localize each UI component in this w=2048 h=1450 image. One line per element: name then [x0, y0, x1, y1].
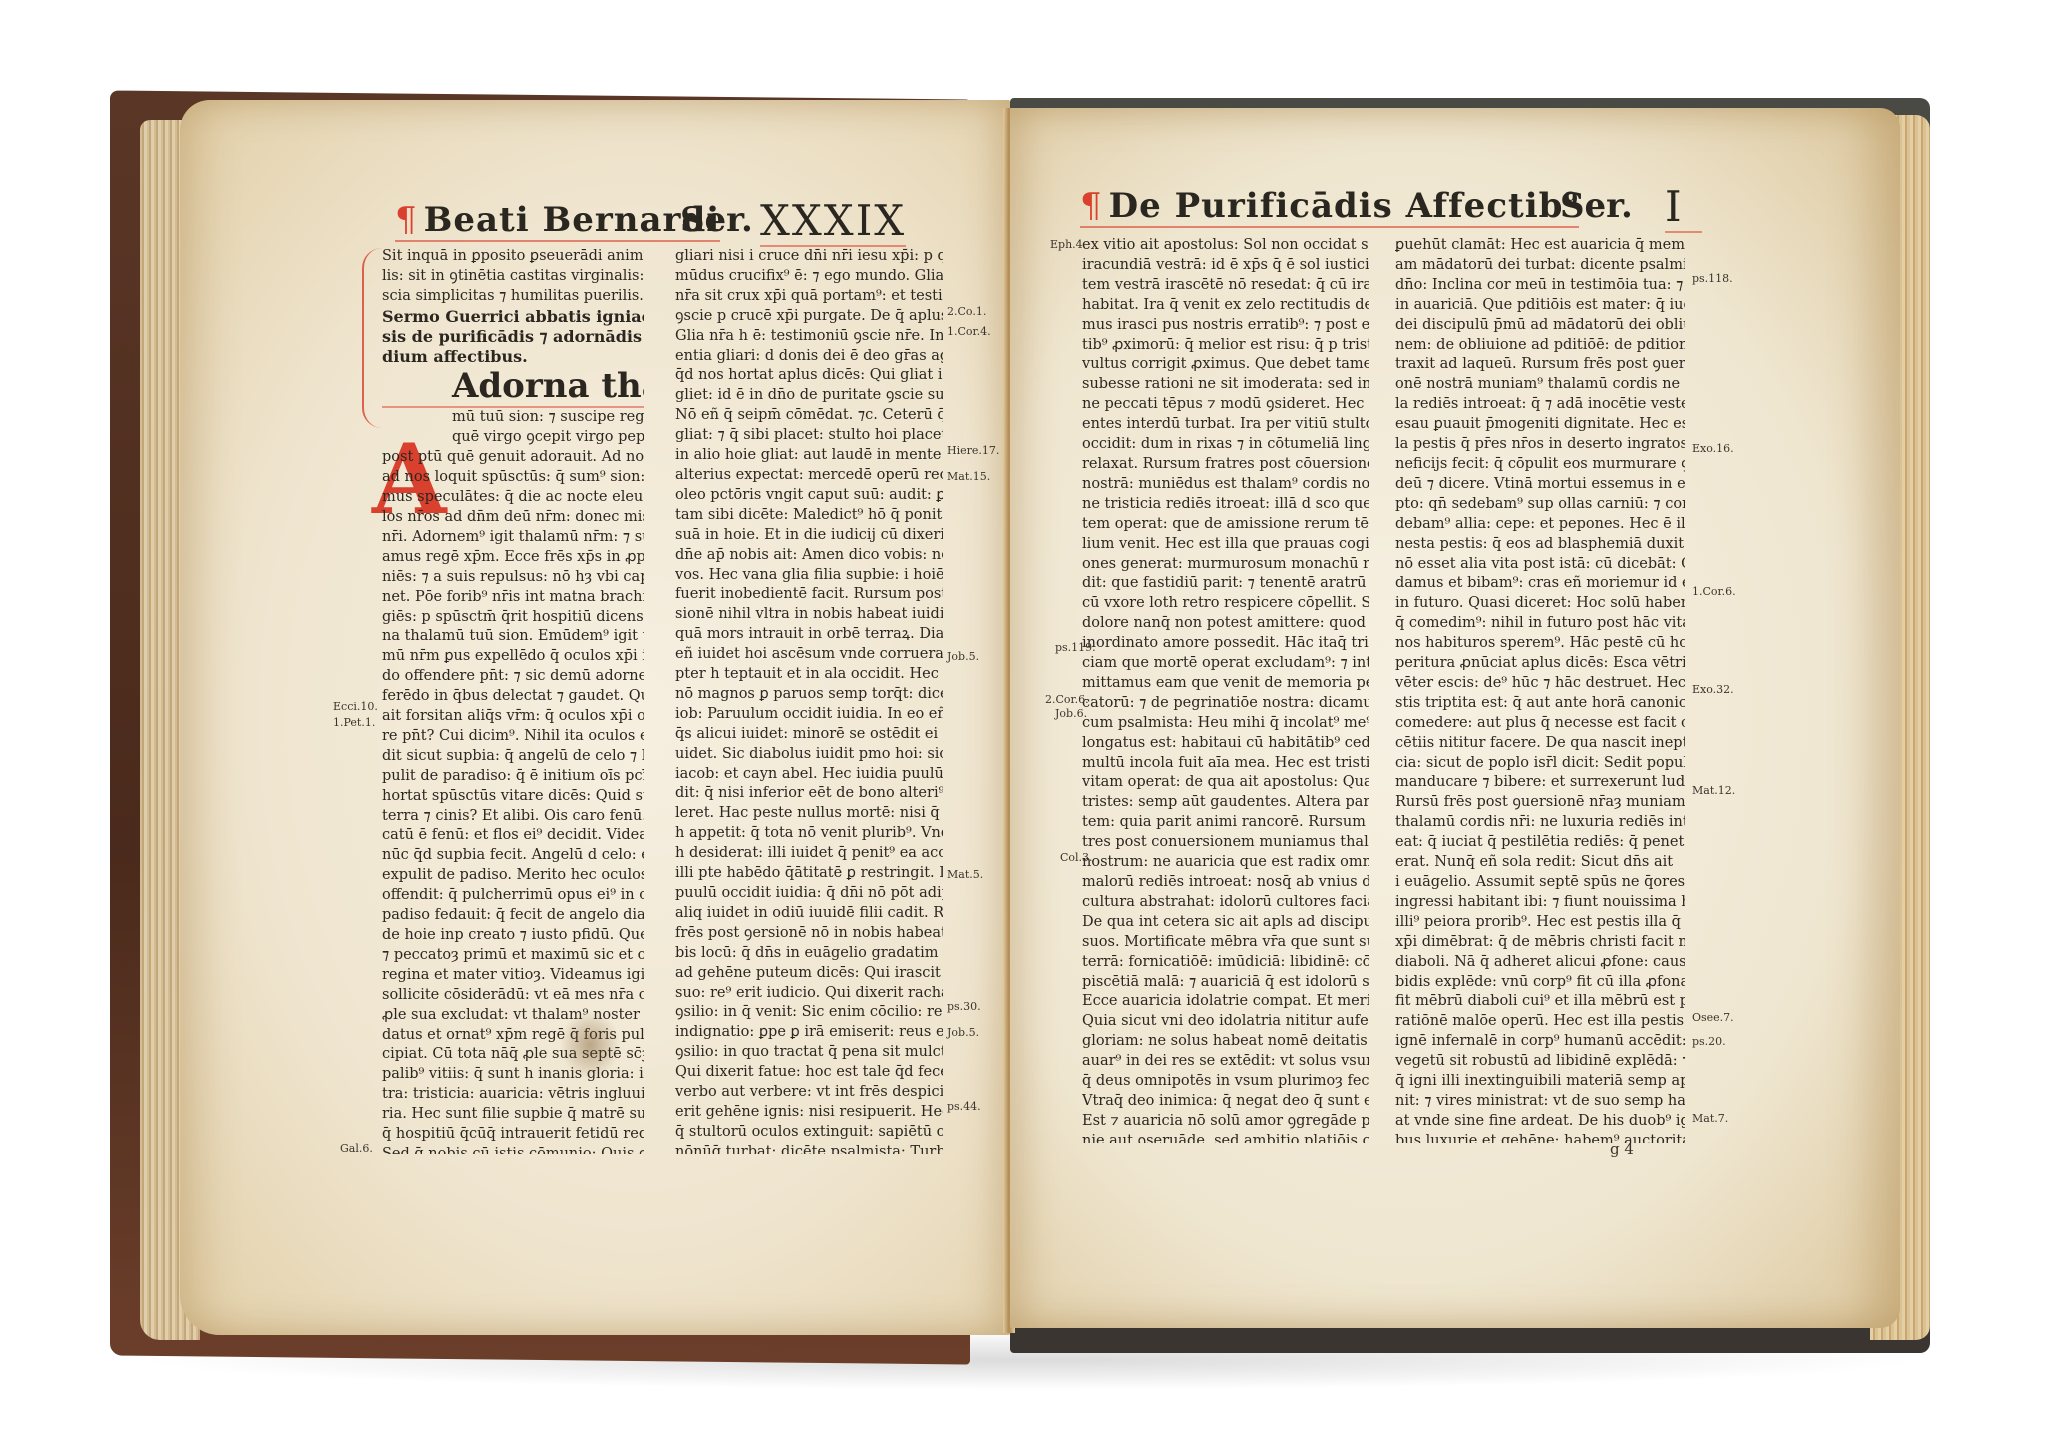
- text-line: De qua int cetera sic ait apls ad discip…: [1082, 913, 1369, 933]
- text-line: in futuro. Quasi diceret: Hoc solū habem…: [1395, 594, 1685, 614]
- text-line: Quia sicut vni deo idolatria nititur auf…: [1082, 1012, 1369, 1032]
- text-line: erit gehēne ignis: nisi resipuerit. Hec …: [675, 1103, 943, 1123]
- text-line: at vnde sine fine ardeat. De his duob⁹ i…: [1395, 1112, 1685, 1132]
- marginal-note: ps.20.: [1692, 1035, 1726, 1048]
- text-line: nostrum: ne auaricia que est radix omniu…: [1082, 853, 1369, 873]
- text-line: cia: sicut de poplo isr̄l dicit: Sedit p…: [1395, 754, 1685, 774]
- text-line: ait forsitan aliq̄s vr̄m: q̄ oculos xp̄i…: [382, 707, 644, 727]
- text-line: piscētiā malā: ⁊ auariciā q̄ est idolorū…: [1082, 973, 1369, 993]
- text-line: thalamū cordis nr̄i: ne luxuria rediēs i…: [1395, 813, 1685, 833]
- text-line: ad gehēne puteum dicēs: Qui irascit frat…: [675, 964, 943, 984]
- text-line: net. Pōe forib⁹ nr̄is int matna brachia …: [382, 588, 644, 608]
- text-line: multū incola fuit aīa mea. Hec est trist…: [1082, 754, 1369, 774]
- left-running-head-title: ¶Beati Bernardi: [395, 200, 720, 242]
- text-line: tib⁹ ꝓximorū: q̄ melior est risu: q̄ p t…: [1082, 336, 1369, 356]
- rubric-mark: ¶: [395, 200, 418, 240]
- text-line: q̄ stultorū oculos extinguit: sapiētū oc…: [675, 1123, 943, 1143]
- text-line: quē virgo ꝯcepit virgo pepit: virgo: [382, 428, 644, 448]
- text-line: nr̄i. Adornem⁹ igit thalamū nr̄m: ⁊ susc…: [382, 528, 644, 548]
- text-line: tres post conuersionem muniamus thalamū: [1082, 833, 1369, 853]
- marginal-note: Mat.15.: [947, 470, 990, 483]
- text-line: dium affectibus.: [382, 347, 644, 367]
- text-line: relaxat. Rursum fratres post cōuersionem: [1082, 455, 1369, 475]
- text-line: ex vitio ait apostolus: Sol non occidat …: [1082, 236, 1369, 256]
- text-line: Rursū frēs post ꝯuersionē nr̄aȝ muniam⁹: [1395, 793, 1685, 813]
- text-line: comedere: aut plus q̄ necesse est facit …: [1395, 714, 1685, 734]
- text-line: mūdus crucifix⁹ ē: ⁊ ego mundo. Gl̄ia it…: [675, 267, 943, 287]
- text-line: nūc q̄d supbia fecit. Angelū d celo: et …: [382, 846, 644, 866]
- right-running-head-title: ¶De Purificādis Affectib⁹: [1080, 186, 1579, 228]
- text-line: vultus corrigit ꝓximus. Que debet tamen: [1082, 355, 1369, 375]
- text-line: lis: sit in ꝯtinētia castitas virginalis…: [382, 267, 644, 287]
- text-line: niēs: ⁊ a suis repulsus: nō hȝ vbi caput…: [382, 568, 644, 588]
- text-line: aliq iuidet in odiū iuuidē filii cadit. …: [675, 904, 943, 924]
- text-line: oleo pctōris vngit caput suū: audit: ꝑph…: [675, 486, 943, 506]
- book-photograph: ¶Beati Bernardi Ser. XXXIX A Sit inquā i…: [0, 0, 2048, 1450]
- text-line: dit: que fastidiū parit: ⁊ tenentē aratr…: [1082, 574, 1369, 594]
- text-line: ria. Hec sunt filie supbie q̄ matrē suā …: [382, 1105, 644, 1125]
- text-line: iacob: et cayn abel. Hec iuidia puulū oc…: [675, 765, 943, 785]
- text-line: q̄s alicui iuidet: minorē se ostēdit ei …: [675, 725, 943, 745]
- text-line: occidit: dum in rixas ⁊ in cōtumeliā lin…: [1082, 435, 1369, 455]
- text-line: suā in hoie. Et in die iudicij cū dixeri…: [675, 526, 943, 546]
- text-line: indignatio: ꝑpe ꝑ irā emiserit: reus eri…: [675, 1023, 943, 1043]
- text-line: Est ⁊ auaricia nō solū amor ꝯgregāde pec…: [1082, 1112, 1369, 1132]
- text-line: mus irasci pus nostris erratib⁹: ⁊ post …: [1082, 316, 1369, 336]
- right-running-head-number: I: [1665, 182, 1702, 233]
- text-line: dn̄o: Inclina cor meū in testimōia tua: …: [1395, 276, 1685, 296]
- marginal-note: Mat.12.: [1692, 784, 1735, 797]
- text-line: dit sicut supbia: q̄ angelū de celo ⁊ ho…: [382, 747, 644, 767]
- text-line: quā mors intrauit in orbē terraꝝ. Diabol…: [675, 625, 943, 645]
- text-line: q̄ hospitiū q̄cūq̄ intrauerit fetidū red…: [382, 1125, 644, 1145]
- left-page-column-2: gl̄iari nisi i cruce dn̄i nr̄i iesu xp̄i…: [675, 247, 943, 1154]
- text-line: debam⁹ allia: cepe: et pepones. Hec ē il…: [1395, 515, 1685, 535]
- text-line: subesse rationi ne sit imoderata: sed in…: [1082, 375, 1369, 395]
- text-line: iob: Paruulum occidit iuidia. In eo eñ q…: [675, 705, 943, 725]
- text-line: in auariciā. Que pditiōis est mater: q̄ …: [1395, 296, 1685, 316]
- text-line: malorū rediēs introeat: nosq̄ ab vnius d…: [1082, 873, 1369, 893]
- text-line: catorū: ⁊ de pegrinatiōe nostra: dicamus…: [1082, 694, 1369, 714]
- text-line: tristes: semp aūt gaudentes. Altera pars…: [1082, 793, 1369, 813]
- marginal-note: 1.Pet.1.: [333, 716, 375, 729]
- text-line: gloriam: ne solus habeat nomē deitatis: …: [1082, 1032, 1369, 1052]
- text-line: gl̄iat: ⁊ q̄ sibi placet: stulto hoi pla…: [675, 426, 943, 446]
- text-line: cū vxore loth retro respicere cōpellit. …: [1082, 594, 1369, 614]
- text-line: do offendere pn̄t: ⁊ sic demū adornem⁹ e…: [382, 667, 644, 687]
- text-line: re pn̄t? Cui dicim⁹. Nihil ita oculos ei…: [382, 727, 644, 747]
- text-line: amus regē xp̄m. Ecce frēs xp̄s in ꝓpria …: [382, 548, 644, 568]
- left-running-head-number: XXXIX: [760, 196, 906, 247]
- text-line: tem operat: que de amissione rerum tēpor…: [1082, 515, 1369, 535]
- marginal-note: ps.30.: [947, 1000, 981, 1013]
- text-line: cum psalmista: Heu mihi q̄ incolat⁹ me⁹ …: [1082, 714, 1369, 734]
- right-page-column-2: ꝑuehūt clamāt: Hec est auaricia q̄ memor…: [1395, 236, 1685, 1143]
- text-line: mittamus eam que venit de memoria pec: [1082, 674, 1369, 694]
- text-line: Nō eñ q̄ seipm̄ cōmēdat. ⁊c. Ceterū q̄ i…: [675, 406, 943, 426]
- marginal-note: Job.5.: [947, 1026, 979, 1039]
- text-line: vegetū sit robustū ad libidinē explēdā: …: [1395, 1052, 1685, 1072]
- text-line: entes interdū turbat. Ira per vitiū stul…: [1082, 415, 1369, 435]
- marginal-note: Mat.7.: [1692, 1112, 1728, 1125]
- text-line: bis locū: q̄ dn̄s in euāgelio gradatim d…: [675, 944, 943, 964]
- text-line: erat. Nunq̄ eñ sola redit: Sicut dn̄s ai…: [1395, 853, 1685, 873]
- text-line: regina et mater vitioȝ. Videamus igit et: [382, 966, 644, 986]
- text-line: Adorna thala: [382, 366, 644, 408]
- text-line: na thalamū tuū sion. Emūdem⁹ igit thala: [382, 627, 644, 647]
- text-line: vitam operat: de qua ait apostolus: Quas…: [1082, 773, 1369, 793]
- right-running-head-sermo: Ser.: [1560, 186, 1633, 226]
- text-line: vēter escis: de⁹ hūc ⁊ hāc destruet. Hec…: [1395, 674, 1685, 694]
- text-line: iracundiā vestrā: id ē xp̄s q̄ ē sol ius…: [1082, 256, 1369, 276]
- text-line: padiso fedauit: q̄ fecit de angelo diabo…: [382, 906, 644, 926]
- red-flourish-decoration: [362, 248, 384, 428]
- text-line: vos. Hec vana gl̄ia filia supbie: i hoiē…: [675, 566, 943, 586]
- marginal-note: Osee.7.: [1692, 1011, 1734, 1024]
- text-line: eat: q̄ iuciat q̄ pestilētia rediēs: q̄ …: [1395, 833, 1685, 853]
- text-line: pto: qn̄ sedebam⁹ sup ollas carniū: ⁊ co…: [1395, 495, 1685, 515]
- text-line: giēs: p spūsctm̄ q̄rit hospitiū dicens: …: [382, 608, 644, 628]
- marginal-note: Ecci.10.: [333, 700, 378, 713]
- marginal-note: ps.119.: [1055, 641, 1096, 654]
- text-line: deū ⁊ dicere. Vtinā mortui essemus in eg…: [1395, 475, 1685, 495]
- text-line: fuerit inobedientē facit. Rursum post ꝯu…: [675, 585, 943, 605]
- text-line: terra ⁊ cinis? Et alibi. Ois caro fenū. …: [382, 807, 644, 827]
- text-line: longatus est: habitaui cū habitātib⁹ ced…: [1082, 734, 1369, 754]
- text-line: tam sibi dicēte: Maledict⁹ hō q̄ ponit s…: [675, 506, 943, 526]
- text-line: leret. Hac peste nullus mortē: nisi q̄ t…: [675, 804, 943, 824]
- left-running-head-sermo: Ser.: [680, 200, 753, 240]
- text-line: dolore nanq̄ non potest amittere: quod c…: [1082, 614, 1369, 634]
- rubric-mark: ¶: [1080, 186, 1103, 226]
- text-line: verbo aut verbere: vt int frēs despiciat…: [675, 1083, 943, 1103]
- text-line: habitat. Ira q̄ venit ex zelo rectitudis…: [1082, 296, 1369, 316]
- text-line: dit: q̄ nisi inferior eēt de bono alteri…: [675, 784, 943, 804]
- text-line: ꝯsilio: in q̄ venit: Sic enim cōcilio: r…: [675, 1003, 943, 1023]
- text-line: ciam que mortē operat excludam⁹: ⁊ intro: [1082, 654, 1369, 674]
- text-line: Sermo Guerrici abbatis igniacen: [382, 307, 644, 327]
- text-line: q̄ comedim⁹: nihil in futuro post hāc vi…: [1395, 614, 1685, 634]
- right-page-column-1: ex vitio ait apostolus: Sol non occidat …: [1082, 236, 1369, 1143]
- text-line: Gl̄ia nr̄a h ē: testimoniū ꝯscie nr̄e. I…: [675, 327, 943, 347]
- text-line: nō magnos ꝑ paruos semp torq̄t: dicente …: [675, 685, 943, 705]
- text-line: mū tuū sion: ⁊ suscipe regē xpm:: [382, 408, 644, 428]
- text-line: la rediēs introeat: q̄ ⁊ adā inocētie ve…: [1395, 395, 1685, 415]
- text-line: in alio hoie gl̄iat: aut laudē in mente …: [675, 446, 943, 466]
- text-line: alterius expectat: mercedē operū recipit…: [675, 466, 943, 486]
- text-line: q̄ igni illi inextinguibili materiā semp…: [1395, 1072, 1685, 1092]
- text-line: dei discipulū p̄mū ad mādatorū dei obliu…: [1395, 316, 1685, 336]
- text-line: gl̄iari nisi i cruce dn̄i nr̄i iesu xp̄i…: [675, 247, 943, 267]
- text-line: bidis explēde: vnū corp⁹ fit cū illa ꝓfo…: [1395, 973, 1685, 993]
- text-line: tra: tristicia: auaricia: vētris ingluui…: [382, 1085, 644, 1105]
- text-line: ingressi habitant ibi: ⁊ fiunt nouissima…: [1395, 893, 1685, 913]
- text-line: fit mēbrū diaboli cui⁹ et illa mēbrū est…: [1395, 992, 1685, 1012]
- text-line: diaboli. Nā q̄ adheret alicui ꝓfone: cau…: [1395, 953, 1685, 973]
- text-line: scia simplicitas ⁊ humilitas puerilis.: [382, 287, 644, 307]
- text-line: lium venit. Hec est illa que prauas cogi…: [1082, 535, 1369, 555]
- text-line: suo: re⁹ erit iudicio. Qui dixerit racha…: [675, 984, 943, 1004]
- marginal-note: Job.5.: [947, 650, 979, 663]
- text-line: ignē infernalē in corp⁹ humanū accēdit: …: [1395, 1032, 1685, 1052]
- text-line: expulit de padiso. Merito hec oculos xp̄…: [382, 866, 644, 886]
- text-line: dn̄e ap̄ nobis ait: Amen dico vobis: nes…: [675, 546, 943, 566]
- marginal-note: ps.44.: [947, 1100, 981, 1113]
- text-line: ꝑuehūt clamāt: Hec est auaricia q̄ memor…: [1395, 236, 1685, 256]
- text-line: manducare ⁊ bibere: et surrexerunt luder…: [1395, 773, 1685, 793]
- text-line: la pestis q̄ pr̄es nr̄os in deserto ingr…: [1395, 435, 1685, 455]
- text-line: inordinato amore possedit. Hāc itaq̄ tri…: [1082, 634, 1369, 654]
- text-line: Vtraq̄ deo inimica: q̄ negat deo q̄ sunt…: [1082, 1092, 1369, 1112]
- text-line: uidet. Sic diabolus iuidit pmo hoi: sic …: [675, 745, 943, 765]
- text-line: nesta pestis: q̄ eos ad blasphemiā duxit…: [1395, 535, 1685, 555]
- text-line: ratiōnē malōe operū. Hec est illa pestis…: [1395, 1012, 1685, 1032]
- text-line: pter h teptauit et in ala occidit. Hec ē…: [675, 665, 943, 685]
- text-line: sis de purificādis ⁊ adornādis cor: [382, 327, 644, 347]
- text-line: neficijs fecit: q̄ cōpulit eos murmurare…: [1395, 455, 1685, 475]
- text-line: post ptū quē genuit adorauit. Ad nos frē…: [382, 448, 644, 468]
- text-line: nem: de obliuione ad pditiōē: de pdition…: [1395, 336, 1685, 356]
- marginal-note: ps.118.: [1692, 272, 1733, 285]
- signature-mark: g 4: [1610, 1140, 1634, 1158]
- text-line: esau ꝑuauit p̄mogeniti dignitate. Hec es…: [1395, 415, 1685, 435]
- text-line: terrā: fornicatiōē: imūdiciā: libidinē: …: [1082, 953, 1369, 973]
- marginal-note: Col.3.: [1060, 851, 1093, 864]
- text-line: ferēdo in q̄bus delectat ⁊ gaudet. Que s…: [382, 687, 644, 707]
- marginal-note: Gal.6.: [340, 1142, 373, 1155]
- text-line: de hoie inp creato ⁊ iusto pfidū. Que si…: [382, 926, 644, 946]
- text-line: entia gl̄iari: d donis dei ē deo gr̄as a…: [675, 347, 943, 367]
- text-line: catū ē fenū: et flos ei⁹ decidit. Videam…: [382, 826, 644, 846]
- text-line: mus speculātes: q̄ die ac nocte eleuam⁹ …: [382, 488, 644, 508]
- text-line: traxit ad laqueū. Rursum frēs post ꝯuers…: [1395, 355, 1685, 375]
- text-line: ne tristicia rediēs itroeat: illā d sco …: [1082, 495, 1369, 515]
- text-line: bus luxurie et gehēne: habem⁹ auctoritat…: [1395, 1132, 1685, 1143]
- text-line: pulit de paradiso: q̄ ē initium oīs pcī.…: [382, 767, 644, 787]
- text-line: i euāgelio. Assumit septē spūs ne q̄ores…: [1395, 873, 1685, 893]
- text-line: damus et bibam⁹: cras eñ moriemur id est: [1395, 574, 1685, 594]
- text-line: tem vestrā irascētē nō resedat: q̄ cū ir…: [1082, 276, 1369, 296]
- text-line: Ecce auaricia idolatrie compat. Et merit…: [1082, 992, 1369, 1012]
- marginal-note: Eph.4.: [1050, 238, 1086, 251]
- marginal-note: Mat.5.: [947, 868, 983, 881]
- text-line: illi⁹ peiora prorib⁹. Hec est pestis ill…: [1395, 913, 1685, 933]
- text-line: nos habituros sperem⁹. Hāc pestē cū hoie: [1395, 634, 1685, 654]
- text-line: tem: quia parit animi rancorē. Rursum fr…: [1082, 813, 1369, 833]
- marginal-note: Exo.16.: [1692, 442, 1734, 455]
- text-line: h desiderat: illi iuidet q̄ penit⁹ ea ac…: [675, 844, 943, 864]
- marginal-note: 1.Cor.6.: [1692, 585, 1736, 598]
- text-line: suos. Mortificate mēbra vr̄a que sunt su…: [1082, 933, 1369, 953]
- marginal-note: 2.Co.1.: [947, 305, 986, 318]
- text-line: Sit inquā in ꝑposito ꝑseuerādi anim⁹ vir…: [382, 247, 644, 267]
- text-line: offendit: q̄ pulcherrimū opus ei⁹ in cel…: [382, 886, 644, 906]
- text-line: mū nr̄m ꝑus expellēdo q̄ oculos xp̄i int…: [382, 647, 644, 667]
- text-line: xp̄i dimēbrat: q̄ de mēbris christi faci…: [1395, 933, 1685, 953]
- text-line: q̄ deus omnipotēs in vsum plurimoȝ fecit…: [1082, 1072, 1369, 1092]
- text-line: ꝯsilio: in quo tractat q̄ pena sit mulct…: [675, 1043, 943, 1063]
- marginal-note: Hiere.17.: [947, 444, 999, 457]
- text-line: q̄d nos hortat aplus dicēs: Qui gl̄iat i…: [675, 366, 943, 386]
- marginal-note: Exo.32.: [1692, 683, 1734, 696]
- text-line: nōnūq̄ turbat: dicēte psalmista: Turbatu…: [675, 1143, 943, 1154]
- text-line: cultura abstrahat: idolorū cultores faci…: [1082, 893, 1369, 913]
- text-line: illi pte habēdo q̄ātitatē ꝑ restringit. …: [675, 864, 943, 884]
- text-line: am mādatorū dei turbat: dicente psalmist…: [1395, 256, 1685, 276]
- text-line: stis triptita est: q̄ aut ante horā cano…: [1395, 694, 1685, 714]
- text-line: peritura ꝓnūciat aplus dicēs: Esca vētri…: [1395, 654, 1685, 674]
- text-line: eñ iuidet hoi ascēsum vnde corruerat: ⁊ …: [675, 645, 943, 665]
- text-line: nostrā: muniēdus est thalam⁹ cordis nost…: [1082, 475, 1369, 495]
- text-line: puulū occidit iuidia: q̄ dn̄i nō pōt adi…: [675, 884, 943, 904]
- text-line: los nr̄os ad dn̄m deū nr̄m: donec misera…: [382, 508, 644, 528]
- text-line: ꝯscie p crucē xp̄i purgate. De q̄ aplus …: [675, 307, 943, 327]
- text-line: hortat spūsctūs vitare dicēs: Quid supbi…: [382, 787, 644, 807]
- text-line: nie aut ꝯseruāde. sed ambitio platiōis c…: [1082, 1132, 1369, 1143]
- marginal-note: 1.Cor.4.: [947, 325, 991, 338]
- marginal-note: 2.Cor.6.: [1045, 693, 1089, 706]
- paper-stain: [560, 1010, 620, 1080]
- text-line: Sed q̄ nobis cū istis cōmunio: Quis ꝯsen: [382, 1145, 644, 1154]
- text-line: sionē nihil vltra in nobis habeat iuidia…: [675, 605, 943, 625]
- text-line: ones generat: murmurosum monachū red: [1082, 555, 1369, 575]
- text-line: cētiis nititur facere. De qua nascit ine…: [1395, 734, 1685, 754]
- text-line: ⁊ peccatoȝ primū et maximū sic et omniū: [382, 946, 644, 966]
- text-line: ad nos loquit spūsctūs: q̄ sum⁹ sion: qu…: [382, 468, 644, 488]
- text-line: ne peccati tēpus ⁊ modū ꝯsideret. Hec sa…: [1082, 395, 1369, 415]
- text-line: gl̄iet: id ē in dn̄o de puritate ꝯscie s…: [675, 386, 943, 406]
- text-line: Qui dixerit fatue: hoc est tale q̄d fece…: [675, 1063, 943, 1083]
- text-line: h appetit: q̄ tota nō venit plurib⁹. Vnd…: [675, 824, 943, 844]
- text-line: nr̄a sit crux xp̄i quā portam⁹: et testi…: [675, 287, 943, 307]
- text-line: sollicite cōsiderādū: vt eā mes nr̄a cum…: [382, 986, 644, 1006]
- text-line: nit: ⁊ vires ministrat: vt de suo semp h…: [1395, 1092, 1685, 1112]
- text-line: nō esset alia vita post istā: cū dicebāt…: [1395, 555, 1685, 575]
- text-line: onē nostrā muniam⁹ thalamū cordis ne gu: [1395, 375, 1685, 395]
- text-line: auar⁹ in dei res se extēdit: vt solus vs…: [1082, 1052, 1369, 1072]
- marginal-note: Job.6.: [1055, 707, 1087, 720]
- text-line: frēs post ꝯersionē nō in nobis habeat i …: [675, 924, 943, 944]
